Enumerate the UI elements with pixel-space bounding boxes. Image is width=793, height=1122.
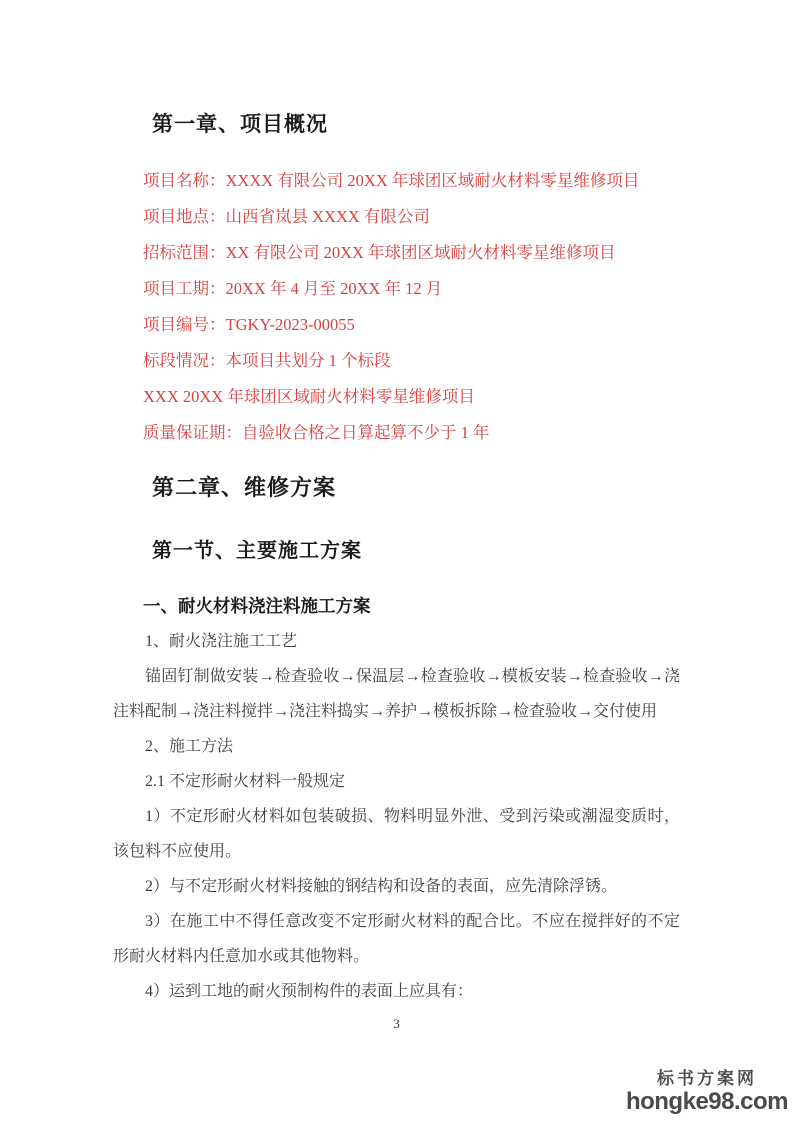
project-overview-block: 项目名称：XXXX 有限公司 20XX 年球团区域耐火材料零星维修项目 项目地点… (143, 163, 693, 451)
project-id-line: 项目编号：TGKY-2023-00055 (143, 307, 693, 343)
project-location-line: 项目地点：山西省岚县 XXXX 有限公司 (143, 199, 693, 235)
project-name-line: 项目名称：XXXX 有限公司 20XX 年球团区域耐火材料零星维修项目 (143, 163, 693, 199)
body-paragraph-rule-3: 3）在施工中不得任意改变不定形耐火材料的配合比。不应在搅拌好的不定形耐火材料内任… (113, 904, 680, 974)
document-page: 第一章、项目概况 项目名称：XXXX 有限公司 20XX 年球团区域耐火材料零星… (0, 0, 793, 1122)
page-number: 3 (0, 1016, 793, 1032)
chapter1-title: 第一章、项目概况 (152, 108, 328, 138)
body-text-block: 1、耐火浇注施工工艺 锚固钉制做安装→检查验收→保温层→检查验收→模板安装→检查… (113, 624, 680, 1009)
chapter2-title: 第二章、维修方案 (152, 471, 336, 502)
subsection1-title: 一、耐火材料浇注料施工方案 (143, 593, 371, 618)
body-paragraph-general-rules: 2.1 不定形耐火材料一般规定 (113, 764, 680, 799)
watermark-site-name: 标书方案网 (626, 1069, 788, 1089)
bidding-scope-line: 招标范围：XX 有限公司 20XX 年球团区域耐火材料零星维修项目 (143, 235, 693, 271)
body-paragraph-rule-4: 4）运到工地的耐火预制构件的表面上应具有： (113, 974, 680, 1009)
section1-title: 第一节、主要施工方案 (152, 534, 362, 563)
quality-warranty-line: 质量保证期：自验收合格之日算起算不少于 1 年 (143, 415, 693, 451)
lot-info-line: 标段情况：本项目共划分 1 个标段 (143, 343, 693, 379)
project-duration-line: 项目工期：20XX 年 4 月至 20XX 年 12 月 (143, 271, 693, 307)
body-paragraph-process-flow: 锚固钉制做安装→检查验收→保温层→检查验收→模板安装→检查验收→浇注料配制→浇注… (113, 659, 680, 729)
lot-name-line: XXX 20XX 年球团区域耐火材料零星维修项目 (143, 379, 693, 415)
body-paragraph-method-title: 2、施工方法 (113, 729, 680, 764)
body-paragraph-rule-2: 2）与不定形耐火材料接触的钢结构和设备的表面，应先清除浮锈。 (113, 869, 680, 904)
watermark: 标书方案网 hongke98.com (626, 1069, 788, 1115)
body-paragraph-rule-1: 1）不定形耐火材料如包装破损、物料明显外泄、受到污染或潮湿变质时，该包料不应使用… (113, 799, 680, 869)
watermark-site-url: hongke98.com (626, 1089, 788, 1115)
body-paragraph-process-title: 1、耐火浇注施工工艺 (113, 624, 680, 659)
